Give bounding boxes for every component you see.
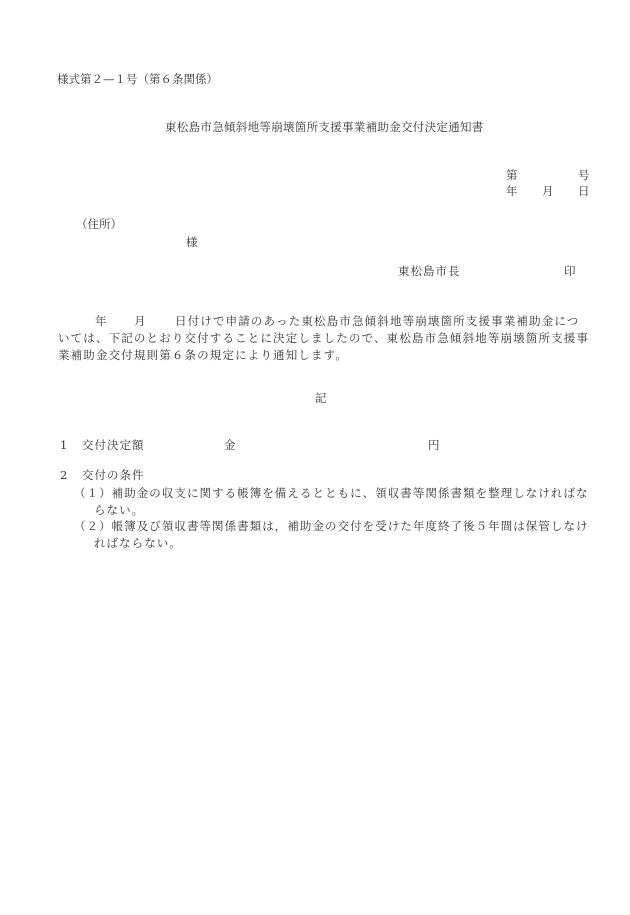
issuer-seal: 印: [564, 266, 576, 278]
item-1-number: 1: [60, 440, 67, 452]
item-1-label: 交付決定額: [82, 440, 145, 452]
notice-body: 年 月 日付けで申請のあった東松島市急傾斜地等崩壊箇所支援事業補助金につ いては…: [58, 313, 590, 364]
document-title: 東松島市急傾斜地等崩壊箇所支援事業補助金交付決定通知書: [165, 122, 484, 134]
item-2-label: 交付の条件: [82, 470, 145, 482]
date-month: 月: [542, 186, 554, 198]
issuer-name: 東松島市長: [398, 266, 461, 278]
form-number: 様式第２—１号（第６条関係）: [57, 74, 218, 86]
item-2-number: 2: [60, 470, 67, 482]
body-line-1: 年 月 日付けで申請のあった東松島市急傾斜地等崩壊箇所支援事業補助金につ: [58, 313, 590, 330]
body-year: 年: [95, 313, 108, 330]
condition-2-line-2: ればならない。: [74, 535, 594, 552]
condition-1-line-1: （１）補助金の収支に関する帳簿を備えるとともに、領収書等関係書類を整理しなければ…: [74, 485, 594, 502]
reference-suffix: 号: [578, 170, 590, 182]
reference-prefix: 第: [506, 170, 518, 182]
amount-prefix: 金: [224, 440, 236, 452]
ki-heading: 記: [315, 393, 327, 405]
body-line-1-text: 日付けで申請のあった東松島市急傾斜地等崩壊箇所支援事業補助金につ: [175, 313, 579, 330]
recipient-address-label: （住所）: [76, 219, 122, 231]
recipient-honorific: 様: [186, 237, 198, 249]
condition-1-line-2: らない。: [74, 502, 594, 519]
date-day: 日: [578, 186, 590, 198]
condition-2-line-1: （２）帳簿及び領収書等関係書類は，補助金の交付を受けた年度終了後５年間は保管しな…: [74, 518, 594, 535]
condition-2: （２）帳簿及び領収書等関係書類は，補助金の交付を受けた年度終了後５年間は保管しな…: [74, 518, 594, 551]
amount-suffix: 円: [428, 440, 440, 452]
body-line-2: いては、下記のとおり交付することに決定しましたので、東松島市急傾斜地等崩壊箇所支…: [58, 330, 590, 347]
body-line-3: 業補助金交付規則第６条の規定により通知します。: [58, 347, 590, 364]
condition-1: （１）補助金の収支に関する帳簿を備えるとともに、領収書等関係書類を整理しなければ…: [74, 485, 594, 518]
date-year: 年: [506, 186, 518, 198]
body-month: 月: [134, 313, 147, 330]
